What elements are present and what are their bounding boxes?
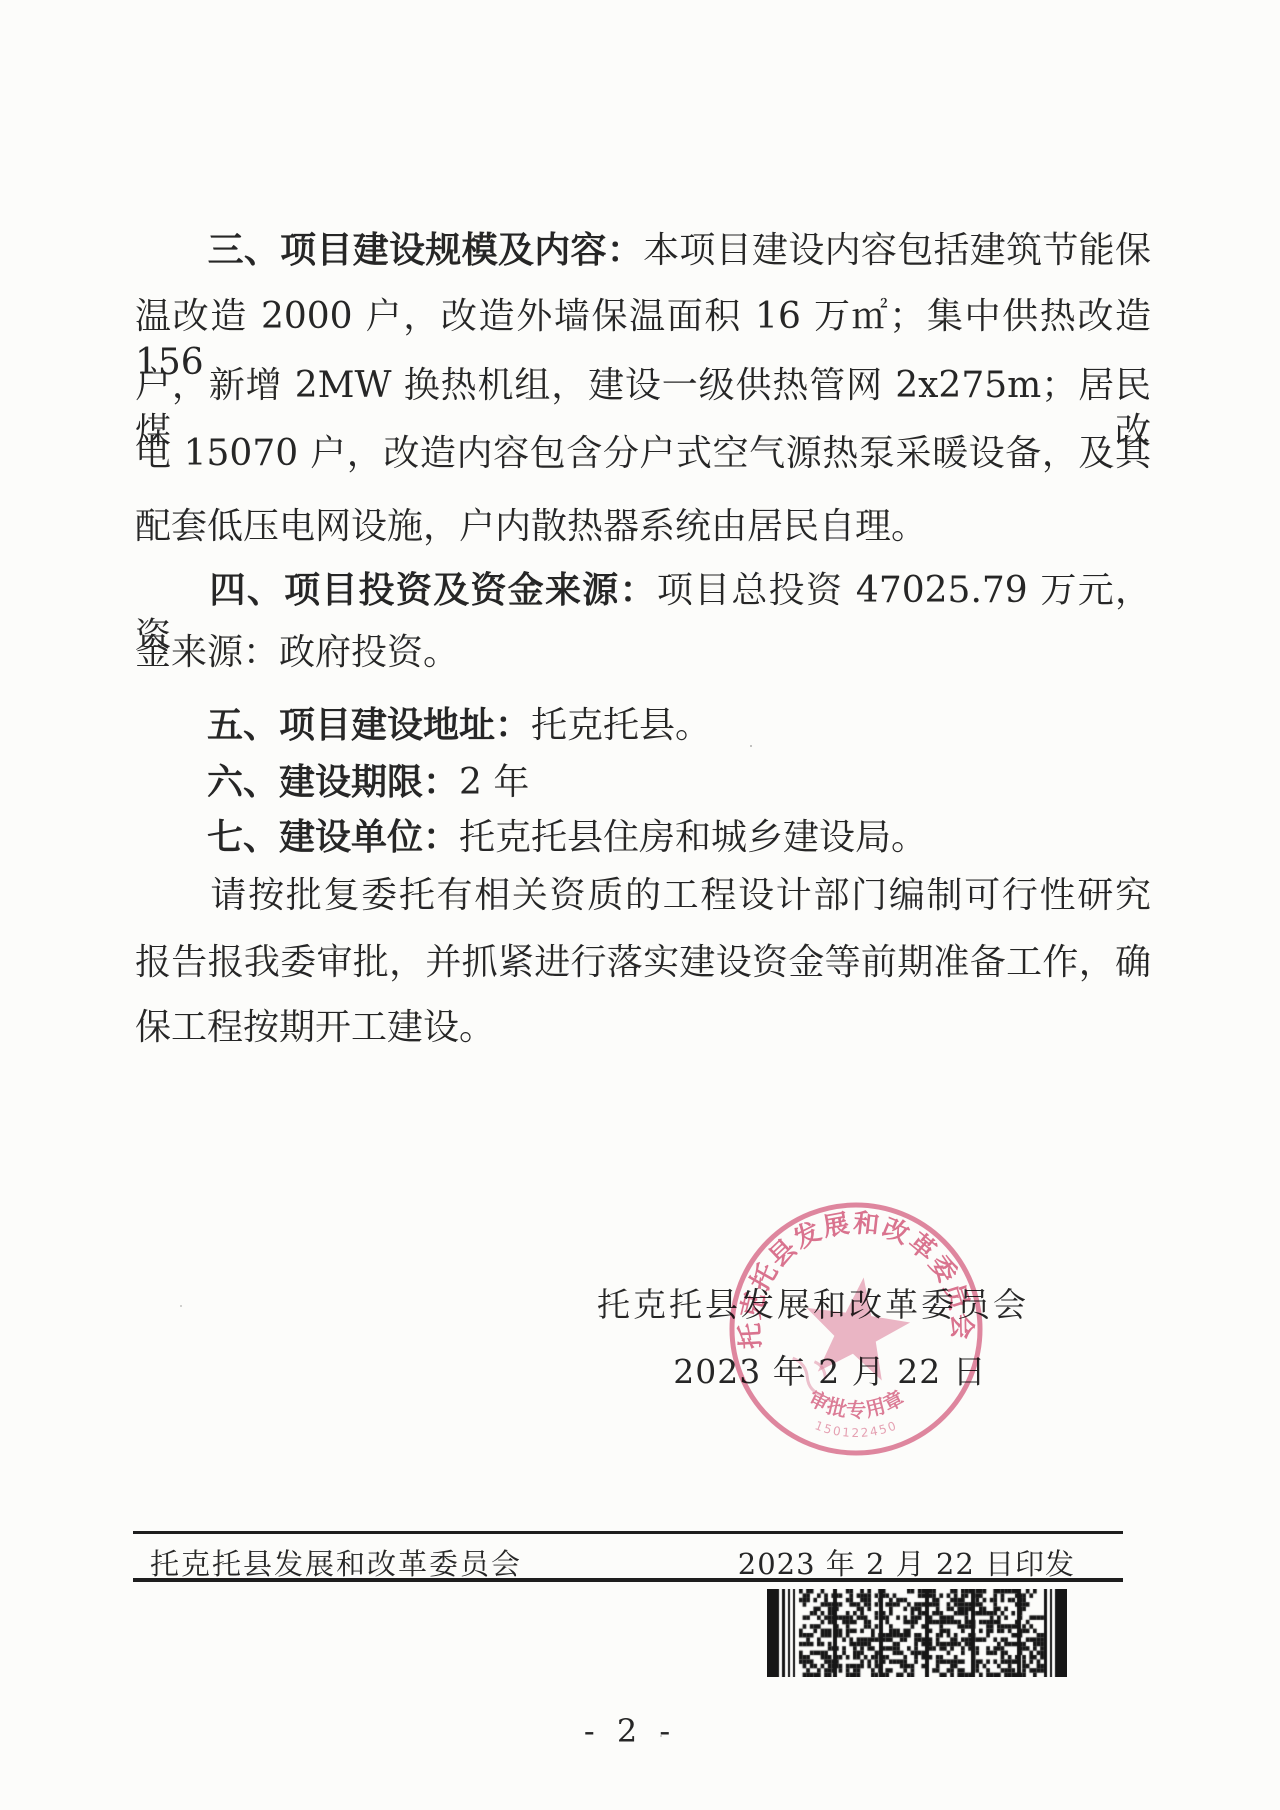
line-text: 保工程按期开工建设。 — [135, 1007, 495, 1048]
footer-issuer: 托克托县发展和改革委员会 — [150, 1542, 522, 1583]
section-heading-4: 四、项目投资及资金来源： — [135, 570, 657, 611]
footer-top-rule — [133, 1531, 1123, 1534]
body-line-13: 保工程按期开工建设。 — [135, 1005, 1151, 1051]
page-number: - 2 - — [0, 1712, 1260, 1750]
line-text: 2 年 — [459, 762, 529, 803]
document-page: 三、项目建设规模及内容：本项目建设内容包括建筑节能保 温改造 2000 户，改造… — [0, 0, 1280, 1810]
section-heading-5: 五、项目建设地址： — [135, 705, 531, 746]
official-seal: 托克托县发展和改革委员会 审批专用章 1501224500 — [719, 1192, 993, 1466]
body-line-1: 三、项目建设规模及内容：本项目建设内容包括建筑节能保 — [135, 228, 1151, 274]
footer-print-date: 2023 年 2 月 22 日印发 — [738, 1542, 1075, 1583]
line-text: 托克托县。 — [531, 705, 711, 746]
footer-bottom-rule — [133, 1578, 1123, 1582]
body-line-7: 金来源：政府投资。 — [135, 630, 1151, 676]
body-line-8: 五、项目建设地址：托克托县。 — [135, 703, 1151, 749]
scan-specks — [240, 975, 242, 977]
body-line-4: 电 15070 户，改造内容包含分户式空气源热泵采暖设备，及其 — [135, 431, 1151, 477]
seal-star-icon — [798, 1270, 915, 1383]
line-text: 配套低压电网设施，户内散热器系统由居民自理。 — [135, 506, 927, 547]
section-heading-7: 七、建设单位： — [135, 817, 459, 858]
section-heading-3: 三、项目建设规模及内容： — [135, 230, 643, 271]
body-line-9: 六、建设期限：2 年 — [135, 760, 1151, 806]
line-text: 本项目建设内容包括建筑节能保 — [643, 230, 1151, 271]
seal-bottom-arc-text: 审批专用章 — [805, 1385, 909, 1422]
pdf417-barcode — [767, 1589, 1067, 1677]
body-line-12: 报告报我委审批，并抓紧进行落实建设资金等前期准备工作，确 — [135, 940, 1151, 986]
body-line-5: 配套低压电网设施，户内散热器系统由居民自理。 — [135, 504, 1151, 550]
seal-bottom-textpath: 审批专用章 — [805, 1385, 909, 1422]
section-heading-6: 六、建设期限： — [135, 762, 459, 803]
line-text: 金来源：政府投资。 — [135, 632, 459, 673]
line-text: 报告报我委审批，并抓紧进行落实建设资金等前期准备工作，确 — [135, 942, 1151, 983]
body-line-11: 请按批复委托有相关资质的工程设计部门编制可行性研究 — [135, 873, 1151, 919]
body-line-10: 七、建设单位：托克托县住房和城乡建设局。 — [135, 815, 1151, 861]
line-text: 电 15070 户，改造内容包含分户式空气源热泵采暖设备，及其 — [135, 433, 1151, 474]
line-text: 请按批复委托有相关资质的工程设计部门编制可行性研究 — [135, 875, 1151, 916]
line-text: 托克托县住房和城乡建设局。 — [459, 817, 927, 858]
